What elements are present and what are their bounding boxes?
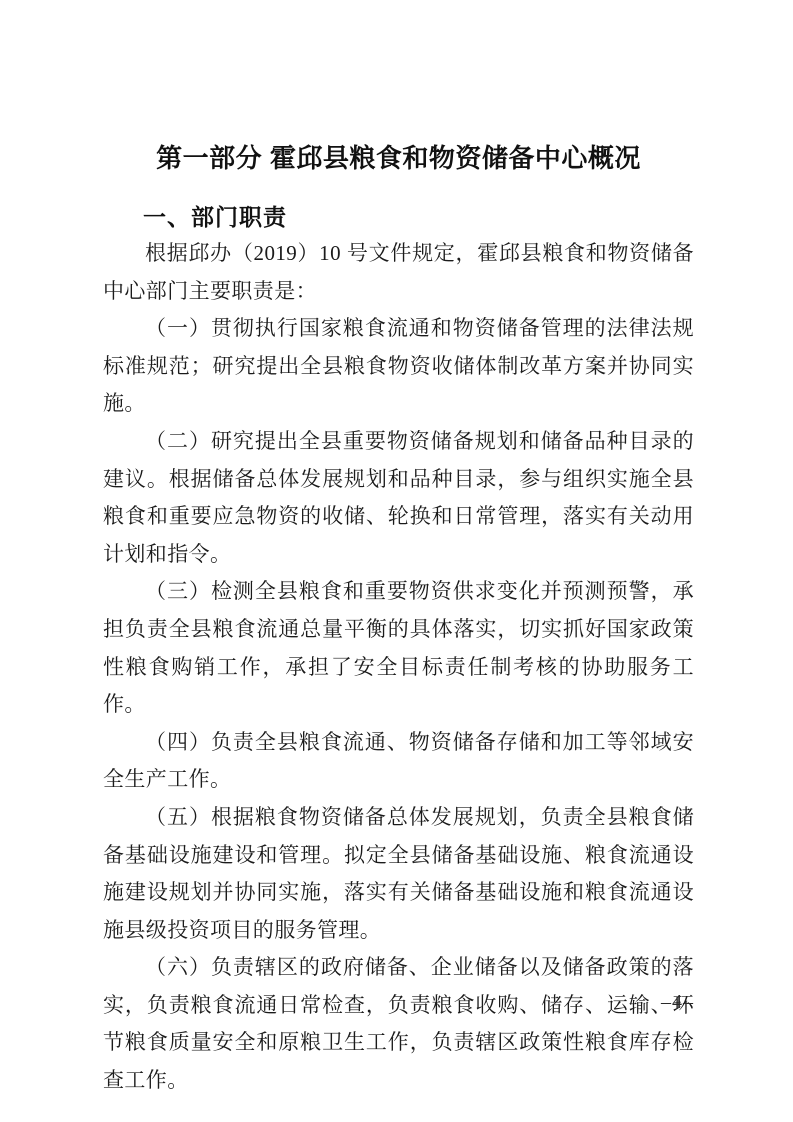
section-paragraphs: 根据邱办（2019）10 号文件规定，霍邱县粮食和物资储备中心部门主要职责是： … [103, 235, 694, 1100]
section-heading: 一、部门职责 [103, 201, 694, 233]
paragraph-duty-2: （二）研究提出全县重要物资储备规划和储备品种目录的建议。根据储备总体发展规划和品… [103, 423, 694, 573]
paragraph-duty-1: （一）贯彻执行国家粮食流通和物资储备管理的法律法规标准规范；研究提出全县粮食物资… [103, 310, 694, 423]
document-body: 第一部分 霍邱县粮食和物资储备中心概况 一、部门职责 根据邱办（2019）10 … [103, 0, 694, 1100]
paragraph-duty-6: （六）负责辖区的政府储备、企业储备以及储备政策的落实，负责粮食流通日常检查，负责… [103, 949, 694, 1099]
paragraph-intro: 根据邱办（2019）10 号文件规定，霍邱县粮食和物资储备中心部门主要职责是： [103, 235, 694, 310]
paragraph-duty-4: （四）负责全县粮食流通、物资储备存储和加工等邻域安全生产工作。 [103, 724, 694, 799]
document-page: 第一部分 霍邱县粮食和物资储备中心概况 一、部门职责 根据邱办（2019）10 … [0, 0, 793, 1122]
page-number: –4– [103, 991, 694, 1014]
document-title: 第一部分 霍邱县粮食和物资储备中心概况 [103, 141, 694, 176]
paragraph-duty-3: （三）检测全县粮食和重要物资供求变化并预测预警，承担负责全县粮食流通总量平衡的具… [103, 573, 694, 723]
paragraph-duty-5: （五）根据粮食物资储备总体发展规划，负责全县粮食储备基础设施建设和管理。拟定全县… [103, 799, 694, 949]
